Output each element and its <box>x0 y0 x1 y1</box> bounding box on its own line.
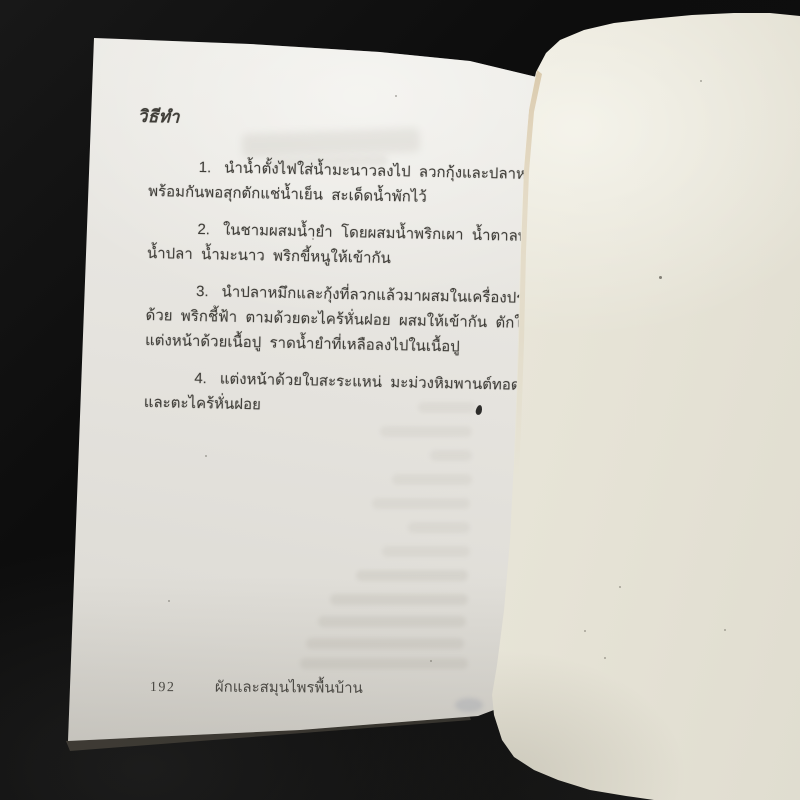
paper-speck <box>659 276 662 279</box>
paper-speck <box>168 600 170 602</box>
show-through-line <box>408 522 470 533</box>
paper-speck <box>395 95 397 97</box>
show-through-line <box>430 450 472 461</box>
step-text: แต่งหน้าด้วยใบสะระแหน่ มะม่วงหิมพานต์ทอด <box>220 371 521 394</box>
recipe-instructions: วิธีทำ 1.นำน้ำตั้งไฟใส่น้ำมะนาวลงไป ลวกก… <box>144 106 536 423</box>
paper-speck <box>619 586 621 588</box>
step-text: ในชามผสมน้ำยำ โดยผสมน้ำพริกเผา น้ำตาลทรา… <box>223 222 553 246</box>
step-4: 4.แต่งหน้าด้วยใบสะระแหน่ มะม่วงหิมพานต์ท… <box>144 365 531 423</box>
step-number: 4. <box>194 366 207 391</box>
show-through-line <box>392 474 472 485</box>
show-through-line <box>318 616 466 627</box>
show-through-line <box>372 498 470 509</box>
show-through-line <box>380 426 472 437</box>
show-through-line <box>356 570 468 581</box>
show-through-line <box>300 658 468 669</box>
step-number: 2. <box>197 217 210 242</box>
step-number: 1. <box>198 155 211 180</box>
paper-speck <box>205 455 207 457</box>
show-through-line <box>330 594 468 605</box>
paper-speck <box>584 630 586 632</box>
step-3: 3.นำปลาหมึกและกุ้งที่ลวกแล้วมาผสมในเครื่… <box>145 278 532 361</box>
paper-speck <box>724 629 726 631</box>
show-through-line <box>382 546 470 557</box>
paper-speck <box>604 657 606 659</box>
step-number: 3. <box>196 279 209 304</box>
step-text: นำปลาหมึกและกุ้งที่ลวกแล้วมาผสมในเครื่อง… <box>221 284 556 308</box>
running-title: ผักและสมุนไพรพื้นบ้าน <box>215 679 363 697</box>
book-photo: วิธีทำ 1.นำน้ำตั้งไฟใส่น้ำมะนาวลงไป ลวกก… <box>0 0 800 800</box>
page-number: 192 <box>150 677 215 700</box>
paper-speck <box>700 80 702 82</box>
step-2: 2.ในชามผสมน้ำยำ โดยผสมน้ำพริกเผา น้ำตาลท… <box>147 216 534 274</box>
step-1: 1.นำน้ำตั้งไฟใส่น้ำมะนาวลงไป ลวกกุ้งและป… <box>148 154 535 212</box>
step-text: นำน้ำตั้งไฟใส่น้ำมะนาวลงไป ลวกกุ้งและปลา… <box>224 160 545 184</box>
show-through-line <box>306 638 464 649</box>
paper-speck <box>430 660 432 662</box>
